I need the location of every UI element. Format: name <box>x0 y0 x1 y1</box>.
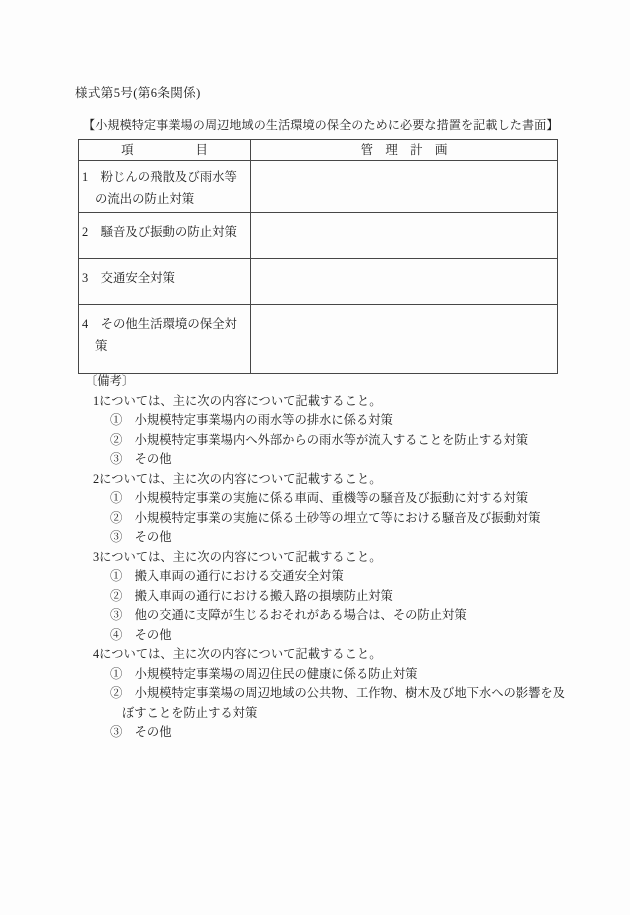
table-row: 4 その他生活環境の保全対策 <box>79 305 558 374</box>
table-row: 1 粉じんの飛散及び雨水等の流出の防止対策 <box>79 161 558 213</box>
remark-item: ① 搬入車両の通行における交通安全対策 <box>110 567 571 587</box>
plan-cell-empty <box>251 305 558 374</box>
management-plan-table: 項 目 管 理 計 画 1 粉じんの飛散及び雨水等の流出の防止対策 2 騒音及び… <box>78 139 558 374</box>
remark-lead: 2については、主に次の内容について記載すること。 <box>93 470 571 490</box>
remark-item: ① 小規模特定事業場の周辺住民の健康に係る防止対策 <box>110 665 571 685</box>
column-header-item: 項 目 <box>79 140 251 161</box>
remark-item: ② 搬入車両の通行における搬入路の損壊防止対策 <box>110 587 571 607</box>
remark-item: ③ その他 <box>110 528 571 548</box>
document-title: 【小規模特定事業場の周辺地域の生活環境の保全のために必要な措置を記載した書面】 <box>83 116 559 133</box>
remark-item: ② 小規模特定事業場の周辺地域の公共物、工作物、樹木及び地下水への影響を及ぼすこ… <box>110 684 571 723</box>
plan-cell-empty <box>251 213 558 259</box>
remark-item: ③ その他 <box>110 450 571 470</box>
remark-item: ③ 他の交通に支障が生じるおそれがある場合は、その防止対策 <box>110 606 571 626</box>
remarks-section-3: 3については、主に次の内容について記載すること。 ① 搬入車両の通行における交通… <box>85 548 571 646</box>
column-header-plan: 管 理 計 画 <box>251 140 558 161</box>
remark-lead: 4については、主に次の内容について記載すること。 <box>93 645 571 665</box>
remark-item: ① 小規模特定事業の実施に係る車両、重機等の騒音及び振動に対する対策 <box>110 489 571 509</box>
item-cell: 4 その他生活環境の保全対策 <box>79 305 251 374</box>
remarks-section-2: 2については、主に次の内容について記載すること。 ① 小規模特定事業の実施に係る… <box>85 470 571 548</box>
remark-item: ② 小規模特定事業の実施に係る土砂等の埋立て等における騒音及び振動対策 <box>110 509 571 529</box>
remark-item: ① 小規模特定事業場内の雨水等の排水に係る対策 <box>110 411 571 431</box>
item-cell: 2 騒音及び振動の防止対策 <box>79 213 251 259</box>
item-cell: 1 粉じんの飛散及び雨水等の流出の防止対策 <box>79 161 251 213</box>
table-header-row: 項 目 管 理 計 画 <box>79 140 558 161</box>
remark-item: ③ その他 <box>110 723 571 743</box>
remarks-section-4: 4については、主に次の内容について記載すること。 ① 小規模特定事業場の周辺住民… <box>85 645 571 743</box>
document-page: 様式第5号(第6条関係) 【小規模特定事業場の周辺地域の生活環境の保全のために必… <box>0 0 630 915</box>
remark-lead: 3については、主に次の内容について記載すること。 <box>93 548 571 568</box>
remark-item: ④ その他 <box>110 626 571 646</box>
plan-cell-empty <box>251 161 558 213</box>
remarks-section-1: 1については、主に次の内容について記載すること。 ① 小規模特定事業場内の雨水等… <box>85 392 571 470</box>
table-row: 3 交通安全対策 <box>79 259 558 305</box>
remark-item: ② 小規模特定事業場内へ外部からの雨水等が流入することを防止する対策 <box>110 431 571 451</box>
item-cell: 3 交通安全対策 <box>79 259 251 305</box>
remarks-section: 〔備考〕 1については、主に次の内容について記載すること。 ① 小規模特定事業場… <box>85 372 571 743</box>
plan-cell-empty <box>251 259 558 305</box>
remark-lead: 1については、主に次の内容について記載すること。 <box>93 392 571 412</box>
remarks-heading: 〔備考〕 <box>85 372 571 392</box>
table-row: 2 騒音及び振動の防止対策 <box>79 213 558 259</box>
form-number: 様式第5号(第6条関係) <box>75 83 201 101</box>
